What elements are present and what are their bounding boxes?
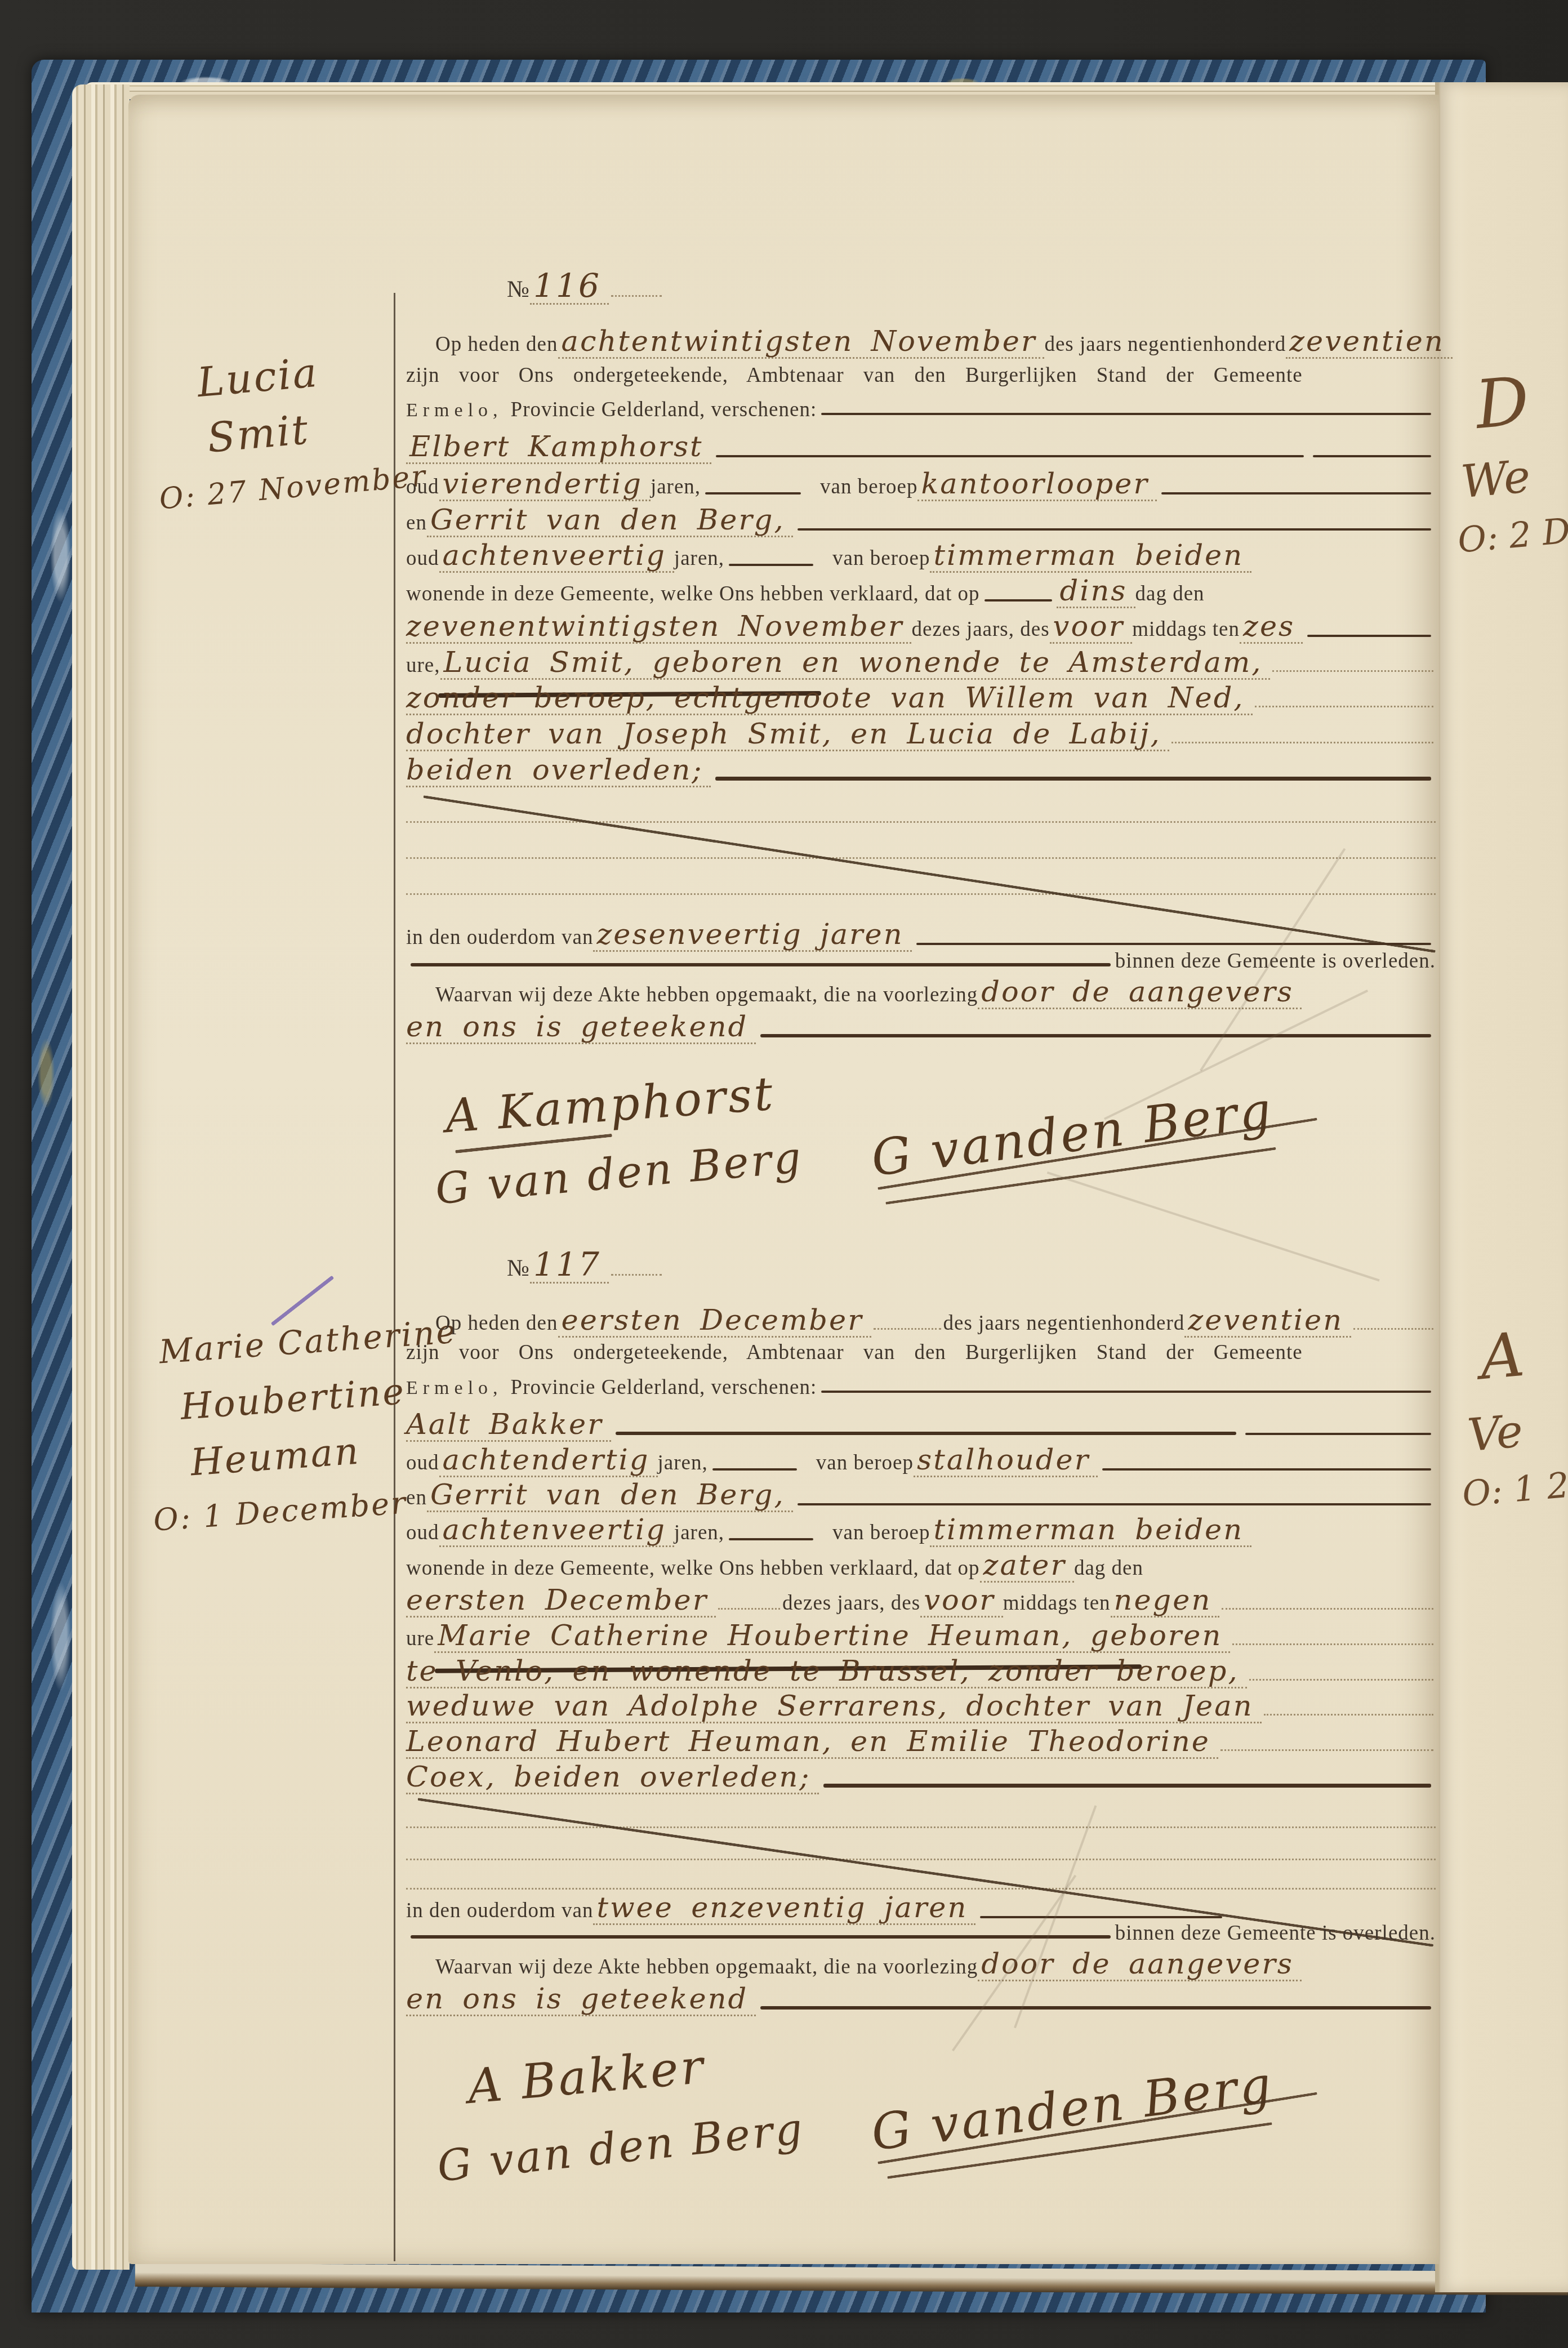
act-number: 116	[530, 269, 609, 305]
ink-line	[760, 1034, 1431, 1037]
form-line: en Gerrit van den Berg,	[406, 1481, 1436, 1512]
form-line: Ermelo, Provincie Gelderland, verschenen…	[406, 1375, 1436, 1400]
ink-line	[760, 2006, 1431, 2010]
form-line: Coex, beiden overleden;	[406, 1763, 1436, 1794]
printed-label: van beroep	[820, 475, 917, 499]
handwritten-declarant: Elbert Kamphorst	[406, 433, 711, 464]
printed-text: zijn voor Ons ondergeteekende, Ambtenaar…	[406, 1340, 1303, 1365]
handwritten-text: beiden overleden;	[406, 756, 711, 787]
handwritten-declarant: Gerrit van den Berg,	[427, 1481, 793, 1512]
handwritten-age: vierendertig	[439, 470, 651, 501]
handwritten-day: zater	[980, 1551, 1074, 1583]
form-line: zonder beroep, echtgenoote van Willem va…	[406, 684, 1436, 715]
ink-line	[729, 564, 813, 566]
handwritten-age: achtenveertig	[439, 541, 674, 573]
form-line: oud achtenveertig jaren, van beroep timm…	[406, 541, 1436, 573]
handwritten-deceased-name: Lucia Smit, geboren en wonende te Amster…	[440, 648, 1271, 680]
printed-label: oud	[406, 475, 439, 499]
number-symbol: №	[507, 276, 530, 303]
handwritten-text: dochter van Joseph Smit, en Lucia de Lab…	[406, 720, 1169, 751]
handwritten-year: zeventien	[1184, 1306, 1351, 1338]
ink-line	[1161, 492, 1431, 494]
next-page-margin-fragment: O: 2 D	[1456, 510, 1568, 560]
printed-label: dag den	[1135, 582, 1205, 606]
ink-line	[916, 943, 1431, 945]
form-line: binnen deze Gemeente is overleden.	[406, 949, 1436, 973]
form-line: eersten December dezes jaars, des voor m…	[406, 1586, 1436, 1618]
printed-label: van beroep	[816, 1451, 914, 1475]
dotted-leader	[1232, 1643, 1433, 1645]
form-line: Ermelo, Provincie Gelderland, verschenen…	[406, 398, 1436, 422]
printed-label: middags ten	[1132, 617, 1240, 641]
form-line: oud achtendertig jaren, van beroep stalh…	[406, 1446, 1436, 1477]
handwritten-hour: negen	[1111, 1586, 1220, 1618]
blank-dotted-line	[406, 893, 1436, 895]
dotted-leader	[874, 1328, 941, 1330]
handwritten-deceased-name: Marie Catherine Houbertine Heuman, gebor…	[434, 1621, 1230, 1653]
page-stack-edges-left	[72, 84, 130, 2270]
form-line: Aalt Bakker	[406, 1410, 1436, 1442]
form-line: beiden overleden;	[406, 756, 1436, 787]
handwritten-age-at-death: twee enzeventig jaren	[593, 1893, 975, 1925]
dotted-leader	[1264, 1714, 1434, 1716]
printed-text: wonende in deze Gemeente, welke Ons hebb…	[406, 1556, 980, 1580]
handwritten-text: voor	[1050, 612, 1133, 644]
ink-line	[716, 455, 1304, 457]
act-number: 117	[530, 1248, 609, 1284]
form-line: zijn voor Ons ondergeteekende, Ambtenaar…	[406, 363, 1436, 387]
printed-label: dezes jaars, des	[911, 617, 1049, 641]
form-line: zijn voor Ons ondergeteekende, Ambtenaar…	[406, 1340, 1436, 1365]
ink-line	[729, 1538, 813, 1540]
form-line: wonende in deze Gemeente, welke Ons hebb…	[406, 1551, 1436, 1583]
form-line: zevenentwintigsten November dezes jaars,…	[406, 612, 1436, 644]
ink-line	[411, 963, 1111, 966]
number-symbol: №	[507, 1255, 530, 1282]
handwritten-occupation: timmerman beiden	[930, 1516, 1251, 1547]
handwritten-year: zeventien	[1286, 327, 1453, 359]
ink-line	[1245, 1433, 1431, 1435]
handwritten-occupation: stalhouder	[914, 1446, 1098, 1477]
printed-text: zijn voor Ons ondergeteekende, Ambtenaar…	[406, 363, 1303, 387]
printed-label: in den ouderdom van	[406, 1899, 593, 1923]
printed-label: en	[406, 511, 427, 535]
printed-label: in den ouderdom van	[406, 925, 593, 950]
ink-line	[712, 1468, 797, 1471]
handwritten-text: voor	[920, 1586, 1003, 1618]
form-line: en ons is geteekend	[406, 1985, 1436, 2016]
margin-note-name: Smit	[206, 406, 311, 462]
form-line: in den ouderdom van twee enzeventig jare…	[406, 1893, 1436, 1925]
form-line: en ons is geteekend	[406, 1013, 1436, 1044]
handwritten-occupation: timmerman beiden	[930, 541, 1251, 573]
printed-label: jaren,	[674, 1521, 724, 1545]
printed-label: oud	[406, 1521, 439, 1545]
ink-line	[798, 1503, 1431, 1505]
form-line: te Venlo, en wonende te Brussel, zonder …	[406, 1657, 1436, 1688]
printed-label: Op heden den	[406, 332, 558, 357]
form-line: dochter van Joseph Smit, en Lucia de Lab…	[406, 720, 1436, 751]
ink-line	[1307, 635, 1431, 637]
next-page-margin-fragment: O: 1 2	[1460, 1464, 1568, 1514]
form-vertical-rule	[394, 293, 395, 2261]
printed-label: oud	[406, 546, 439, 571]
printed-text: Waarvan wij deze Akte hebben opgemaakt, …	[406, 1955, 978, 1979]
handwritten-text: Leonard Hubert Heuman, en Emilie Theodor…	[406, 1727, 1218, 1759]
ink-line	[985, 599, 1052, 602]
handwritten-occupation: kantoorlooper	[917, 470, 1156, 501]
ink-line	[823, 1784, 1431, 1788]
form-line: en Gerrit van den Berg,	[406, 506, 1436, 537]
form-line: Waarvan wij deze Akte hebben opgemaakt, …	[406, 978, 1436, 1009]
act-number-line: № 117	[507, 1248, 743, 1284]
ink-line	[821, 1391, 1431, 1393]
form-line: binnen deze Gemeente is overleden.	[406, 1921, 1436, 1945]
handwritten-age: achtendertig	[439, 1446, 658, 1477]
handwritten-date: achtentwintigsten November	[558, 327, 1045, 359]
printed-label: Provincie Gelderland, verschenen:	[511, 398, 817, 422]
blank-dotted-line	[406, 1859, 1436, 1860]
handwritten-text: en ons is geteekend	[406, 1013, 756, 1044]
dotted-leader	[1171, 742, 1433, 743]
printed-label: des jaars negentienhonderd	[943, 1311, 1185, 1335]
form-line: wonende in deze Gemeente, welke Ons hebb…	[406, 577, 1436, 608]
form-line: Leonard Hubert Heuman, en Emilie Theodor…	[406, 1727, 1436, 1759]
dotted-leader	[1255, 706, 1434, 707]
handwritten-text: weduwe van Adolphe Serrarens, dochter va…	[406, 1692, 1262, 1723]
printed-label: dezes jaars, des	[782, 1591, 920, 1615]
printed-label: des jaars negentienhonderd	[1044, 332, 1286, 357]
dotted-leader	[1272, 670, 1433, 672]
form-line: Waarvan wij deze Akte hebben opgemaakt, …	[406, 1950, 1436, 1981]
printed-label: van beroep	[832, 1521, 930, 1545]
ink-line	[715, 777, 1431, 781]
next-page-sliver: D We O: 2 D A Ve O: 1 2	[1435, 82, 1568, 2292]
handwritten-hour: zes	[1240, 612, 1303, 644]
handwritten-text: en ons is geteekend	[406, 1985, 756, 2016]
blank-dotted-line	[406, 857, 1436, 859]
printed-label: Provincie Gelderland, verschenen:	[511, 1375, 817, 1400]
dotted-leader	[1353, 1328, 1433, 1330]
ink-line	[411, 1935, 1111, 1939]
dotted-leader	[611, 295, 662, 297]
printed-label: en	[406, 1486, 427, 1510]
handwritten-text: door de aangevers	[978, 978, 1302, 1009]
handwritten-text: te Venlo, en wonende te Brussel, zonder …	[406, 1657, 1247, 1688]
handwritten-age: achtenveertig	[439, 1516, 674, 1547]
next-page-margin-fragment: Ve	[1465, 1405, 1525, 1462]
printed-label: ure	[406, 1627, 434, 1651]
form-line: ure Marie Catherine Houbertine Heuman, g…	[406, 1621, 1436, 1653]
printed-label: Op heden den	[406, 1311, 558, 1335]
form-line: Op heden den achtentwintigsten November …	[406, 327, 1436, 359]
printed-text: binnen deze Gemeente is overleden.	[1115, 1921, 1436, 1945]
handwritten-day: dins	[1057, 577, 1135, 608]
form-line: ure, Lucia Smit, geboren en wonende te A…	[406, 648, 1436, 680]
printed-label: ure,	[406, 653, 440, 678]
act-number-line: № 116	[507, 269, 743, 305]
handwritten-age-at-death: zesenveertig jaren	[593, 920, 911, 952]
ink-line	[980, 1916, 1222, 1918]
printed-label: jaren,	[674, 546, 724, 571]
ink-line	[616, 1432, 1236, 1435]
ink-line	[1102, 1468, 1431, 1471]
form-line: Op heden den eersten December des jaars …	[406, 1306, 1436, 1338]
printed-label: dag den	[1074, 1556, 1143, 1580]
dotted-leader	[1220, 1749, 1433, 1751]
next-page-margin-fragment: We	[1459, 450, 1533, 508]
next-page-margin-fragment: D	[1472, 362, 1532, 444]
printed-label: van beroep	[832, 546, 930, 571]
blank-dotted-line	[406, 821, 1436, 823]
blank-dotted-line	[406, 1826, 1436, 1828]
printed-text: wonende in deze Gemeente, welke Ons hebb…	[406, 582, 980, 606]
register-book-scan: D We O: 2 D A Ve O: 1 2 Lucia Smit O: 27…	[0, 0, 1568, 2348]
dotted-leader	[1249, 1679, 1433, 1681]
printed-gemeente: Ermelo,	[406, 1378, 503, 1399]
form-line: oud achtenveertig jaren, van beroep timm…	[406, 1516, 1436, 1547]
handwritten-text: Coex, beiden overleden;	[406, 1763, 819, 1794]
handwritten-text: door de aangevers	[978, 1950, 1302, 1981]
ink-line	[705, 492, 801, 494]
ink-line	[821, 413, 1431, 415]
dotted-leader	[718, 1608, 780, 1610]
printed-label: jaren,	[658, 1451, 708, 1475]
form-line: Elbert Kamphorst	[406, 433, 1436, 464]
form-line: oud vierendertig jaren, van beroep kanto…	[406, 470, 1436, 501]
handwritten-date: zevenentwintigsten November	[406, 612, 911, 644]
handwritten-declarant: Gerrit van den Berg,	[427, 506, 793, 537]
ink-line	[798, 528, 1431, 531]
blank-dotted-line	[406, 1888, 1436, 1890]
printed-text: Waarvan wij deze Akte hebben opgemaakt, …	[406, 983, 978, 1007]
next-page-margin-fragment: A	[1477, 1320, 1527, 1393]
dotted-leader	[1222, 1608, 1433, 1610]
handwritten-declarant: Aalt Bakker	[406, 1410, 611, 1442]
form-line: weduwe van Adolphe Serrarens, dochter va…	[406, 1692, 1436, 1723]
printed-gemeente: Ermelo,	[406, 400, 503, 421]
printed-label: jaren,	[651, 475, 701, 499]
dotted-leader	[611, 1274, 662, 1276]
handwritten-date: eersten December	[558, 1306, 871, 1338]
ink-line	[1313, 455, 1431, 457]
printed-label: middags ten	[1003, 1591, 1111, 1615]
handwritten-text: zonder beroep, echtgenoote van Willem va…	[406, 684, 1253, 715]
printed-label: oud	[406, 1451, 439, 1475]
handwritten-date: eersten December	[406, 1586, 716, 1618]
